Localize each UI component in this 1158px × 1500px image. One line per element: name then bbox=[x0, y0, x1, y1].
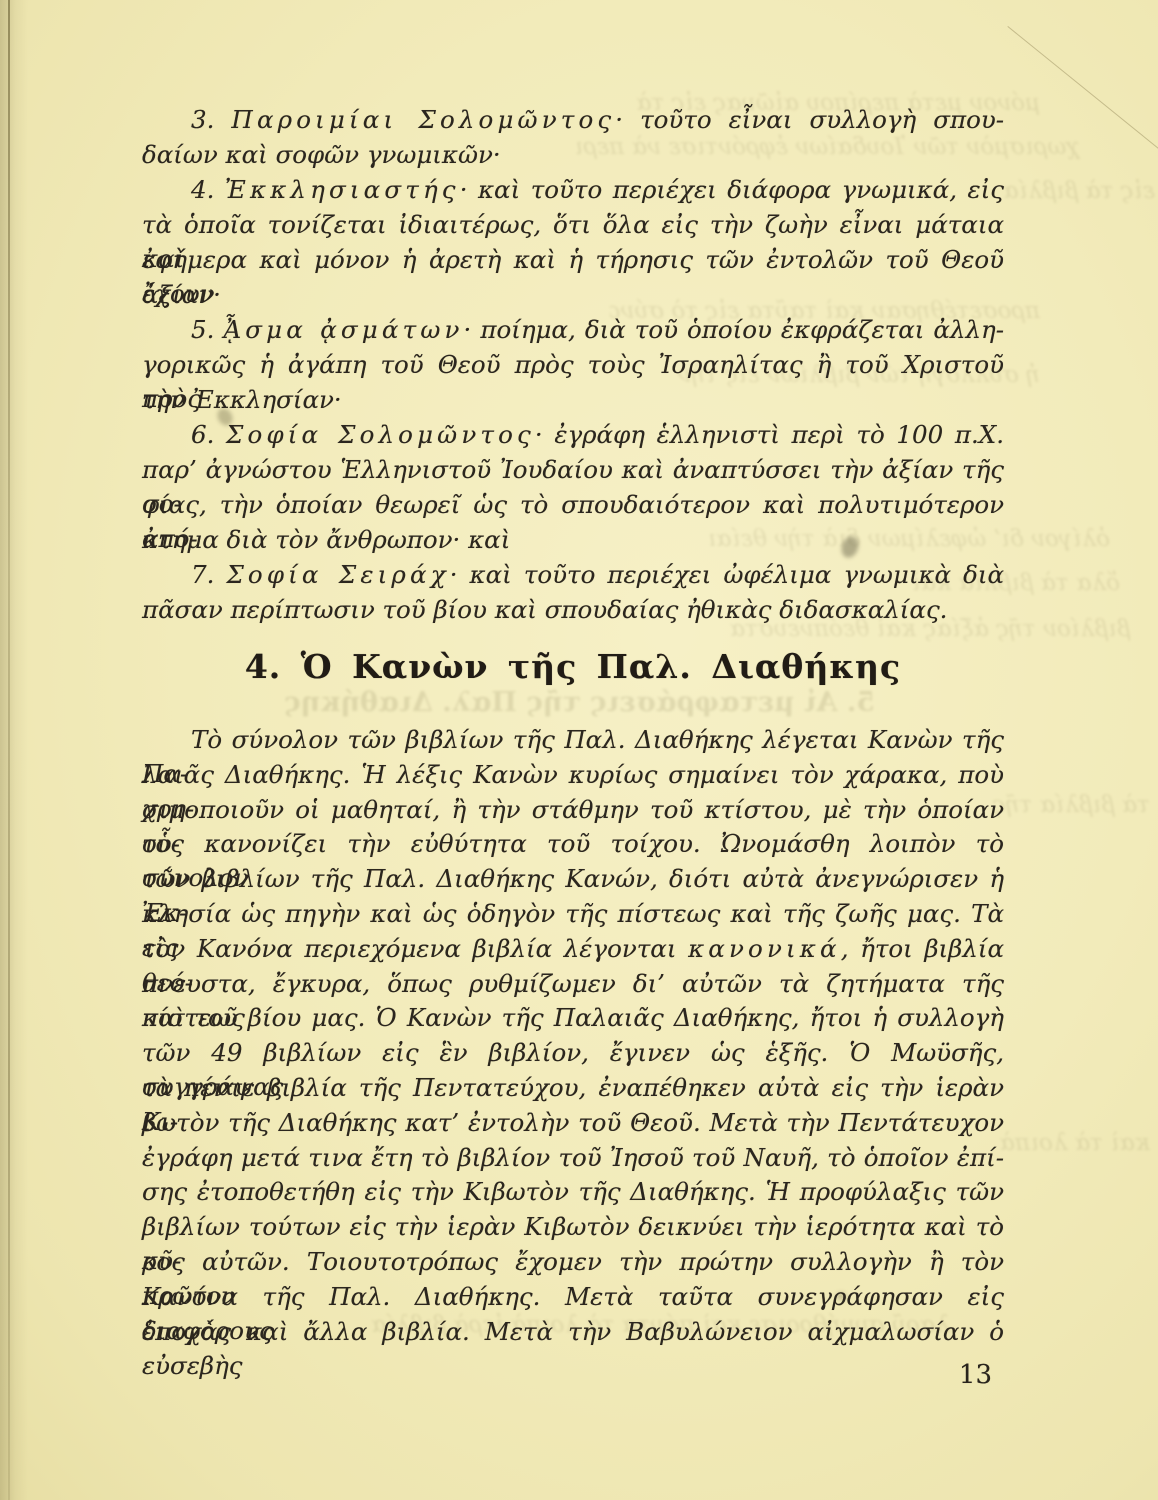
text-segment: · καὶ τοῦτο περιέχει ὠφέλιμα γνωμικὰ διὰ bbox=[450, 560, 1004, 589]
text-line: ἐποχὰς καὶ ἄλλα βιβλία. Μετὰ τὴν Βαβυλών… bbox=[142, 1315, 1004, 1350]
text-line: κτημα διὰ τὸν ἄνθρωπον· καὶ bbox=[142, 523, 1004, 558]
text-segment: ἐγράφη μετά τινα ἔτη τὸ βιβλίον τοῦ Ἰησο… bbox=[142, 1143, 1004, 1172]
scanned-book-page: μόνον μετὰ περίπου αἰῶνας εἰς τὰχωρισμὸν… bbox=[0, 0, 1158, 1500]
text-segment: 5. bbox=[191, 315, 223, 344]
letterspaced-emphasis-text: κανονικά bbox=[688, 934, 841, 963]
page-left-crease bbox=[8, 0, 10, 1500]
text-line: παρ’ ἀγνώστου Ἑλληνιστοῦ Ἰουδαίου καὶ ἀν… bbox=[142, 453, 1004, 488]
text-segment: 6. bbox=[191, 420, 226, 449]
page-number: 13 bbox=[142, 1360, 992, 1390]
text-segment: καὶ τοῦ βίου μας. Ὁ Κανὼν τῆς Παλαιᾶς Δι… bbox=[142, 1003, 1004, 1032]
text-line: τὰ ὁποῖα τονίζεται ἰδιαιτέρως, ὅτι ὅλα ε… bbox=[142, 208, 1004, 243]
text-line: Τὸ σύνολον τῶν βιβλίων τῆς Παλ. Διαθήκης… bbox=[142, 723, 1004, 758]
text-line: πνευστα, ἔγκυρα, ὅπως ρυθμίζωμεν δι’ αὐτ… bbox=[142, 967, 1004, 1002]
text-line: 6. Σοφία Σολομῶντος· ἐγράφη ἑλληνιστὶ πε… bbox=[142, 418, 1004, 453]
text-segment: · τοῦτο εἶναι συλλογὴ σπου- bbox=[615, 105, 1004, 134]
text-line: φίας, τὴν ὁποίαν θεωρεῖ ὡς τὸ σπουδαιότε… bbox=[142, 488, 1004, 523]
text-line: τῶν βιβλίων τῆς Παλ. Διαθήκης Κανών, διό… bbox=[142, 862, 1004, 897]
text-line: βιβλίων τούτων εἰς τὴν ἱερὰν Κιβωτὸν δει… bbox=[142, 1210, 1004, 1245]
text-line: κλησία ὡς πηγὴν καὶ ὡς ὁδηγὸν τῆς πίστεω… bbox=[142, 897, 1004, 932]
body-paragraph: Τὸ σύνολον τῶν βιβλίων τῆς Παλ. Διαθήκης… bbox=[142, 723, 1004, 1349]
letterspaced-emphasis-text: ᾎσμα ᾀσμάτων bbox=[223, 315, 463, 344]
text-segment: βωτὸν τῆς Διαθήκης κατ’ ἐντολὴν τοῦ Θεοῦ… bbox=[142, 1108, 1004, 1137]
text-line: βωτὸν τῆς Διαθήκης κατ’ ἐντολὴν τοῦ Θεοῦ… bbox=[142, 1106, 1004, 1141]
text-line: Κανόνα τῆς Παλ. Διαθήκης. Μετὰ ταῦτα συν… bbox=[142, 1280, 1004, 1315]
text-line: ἐγράφη μετά τινα ἔτη τὸ βιβλίον τοῦ Ἰησο… bbox=[142, 1141, 1004, 1176]
text-segment: 4. bbox=[191, 175, 225, 204]
text-line: τῶν 49 βιβλίων εἰς ἓν βιβλίον, ἔγινεν ὡς… bbox=[142, 1036, 1004, 1071]
text-line: πᾶσαν περίπτωσιν τοῦ βίου καὶ σπουδαίας … bbox=[142, 593, 1004, 628]
text-segment: ἀξίαν· bbox=[142, 280, 221, 309]
text-segment: 7. bbox=[191, 560, 226, 589]
text-segment: · ἐγράφη ἑλληνιστὶ περὶ τὸ 100 π.Χ. bbox=[535, 420, 1004, 449]
text-line: 7. Σοφία Σειράχ· καὶ τοῦτο περιέχει ὠφέλ… bbox=[142, 558, 1004, 593]
letterspaced-emphasis-text: Σοφία Σειράχ bbox=[226, 560, 449, 589]
bleed-through-line: 5. Αἱ μεταφράσεις τῆς Παλ. Διαθήκης bbox=[255, 688, 875, 718]
text-segment: · ποίημα, διὰ τοῦ ὁποίου ἐκφράζεται ἀλλη… bbox=[464, 315, 1004, 344]
text-line: δαίων καὶ σοφῶν γνωμικῶν· bbox=[142, 138, 1004, 173]
text-segment: · καὶ τοῦτο περιέχει διάφορα γνωμικά, εἰ… bbox=[460, 175, 1004, 204]
section-heading: 4. Ὁ Κανὼν τῆς Παλ. Διαθήκης bbox=[142, 645, 1004, 689]
text-line: τὰ πέντε βιβλία τῆς Πεντατεύχου, ἐναπέθη… bbox=[142, 1071, 1004, 1106]
page-left-edge-shadow bbox=[0, 0, 28, 1500]
text-segment: κτημα διὰ τὸν ἄνθρωπον· καὶ bbox=[142, 525, 510, 554]
text-segment: 3. bbox=[191, 105, 231, 134]
text-line: 3. Παροιμίαι Σολομῶντος· τοῦτο εἶναι συλ… bbox=[142, 103, 1004, 138]
text-line: καὶ τοῦ βίου μας. Ὁ Κανὼν τῆς Παλαιᾶς Δι… bbox=[142, 1001, 1004, 1036]
letterspaced-emphasis-text: Σοφία Σολομῶντος bbox=[226, 420, 535, 449]
text-line: ἐφήμερα καὶ μόνον ἡ ἀρετὴ καὶ ἡ τήρησις … bbox=[142, 243, 1004, 278]
text-line: σιμοποιοῦν οἱ μαθηταί, ἢ τὴν στάθμην τοῦ… bbox=[142, 793, 1004, 828]
text-segment: τὸν Κανόνα περιεχόμενα βιβλία λέγονται bbox=[142, 934, 688, 963]
numbered-items-paragraphs: 3. Παροιμίαι Σολομῶντος· τοῦτο εἶναι συλ… bbox=[142, 103, 1004, 628]
text-line: τος κανονίζει τὴν εὐθύτητα τοῦ τοίχου. Ὠ… bbox=[142, 827, 1004, 862]
text-line: ἀξίαν· bbox=[142, 278, 1004, 313]
text-line: ρος αὐτῶν. Τοιουτοτρόπως ἔχομεν τὴν πρώτ… bbox=[142, 1245, 1004, 1280]
text-line: γορικῶς ἡ ἀγάπη τοῦ Θεοῦ πρὸς τοὺς Ἰσραη… bbox=[142, 348, 1004, 383]
text-line: 5. ᾎσμα ᾀσμάτων· ποίημα, διὰ τοῦ ὁποίου … bbox=[142, 313, 1004, 348]
text-line: λαιᾶς Διαθήκης. Ἡ λέξις Κανὼν κυρίως σημ… bbox=[142, 758, 1004, 793]
text-segment: πᾶσαν περίπτωσιν τοῦ βίου καὶ σπουδαίας … bbox=[142, 595, 947, 624]
letterspaced-emphasis-text: Ἐκκλησιαστής bbox=[225, 175, 460, 204]
letterspaced-emphasis-text: Παροιμίαι Σολομῶντος bbox=[231, 105, 615, 134]
text-line: σης ἐτοποθετήθη εἰς τὴν Κιβωτὸν τῆς Διαθ… bbox=[142, 1175, 1004, 1210]
text-segment: τὴν Ἐκκλησίαν· bbox=[142, 385, 342, 414]
text-line: τὸν Κανόνα περιεχόμενα βιβλία λέγονται κ… bbox=[142, 932, 1004, 967]
text-segment: δαίων καὶ σοφῶν γνωμικῶν· bbox=[142, 140, 501, 169]
text-line: τὴν Ἐκκλησίαν· bbox=[142, 383, 1004, 418]
text-line: 4. Ἐκκλησιαστής· καὶ τοῦτο περιέχει διάφ… bbox=[142, 173, 1004, 208]
text-segment: σης ἐτοποθετήθη εἰς τὴν Κιβωτὸν τῆς Διαθ… bbox=[142, 1177, 1004, 1206]
